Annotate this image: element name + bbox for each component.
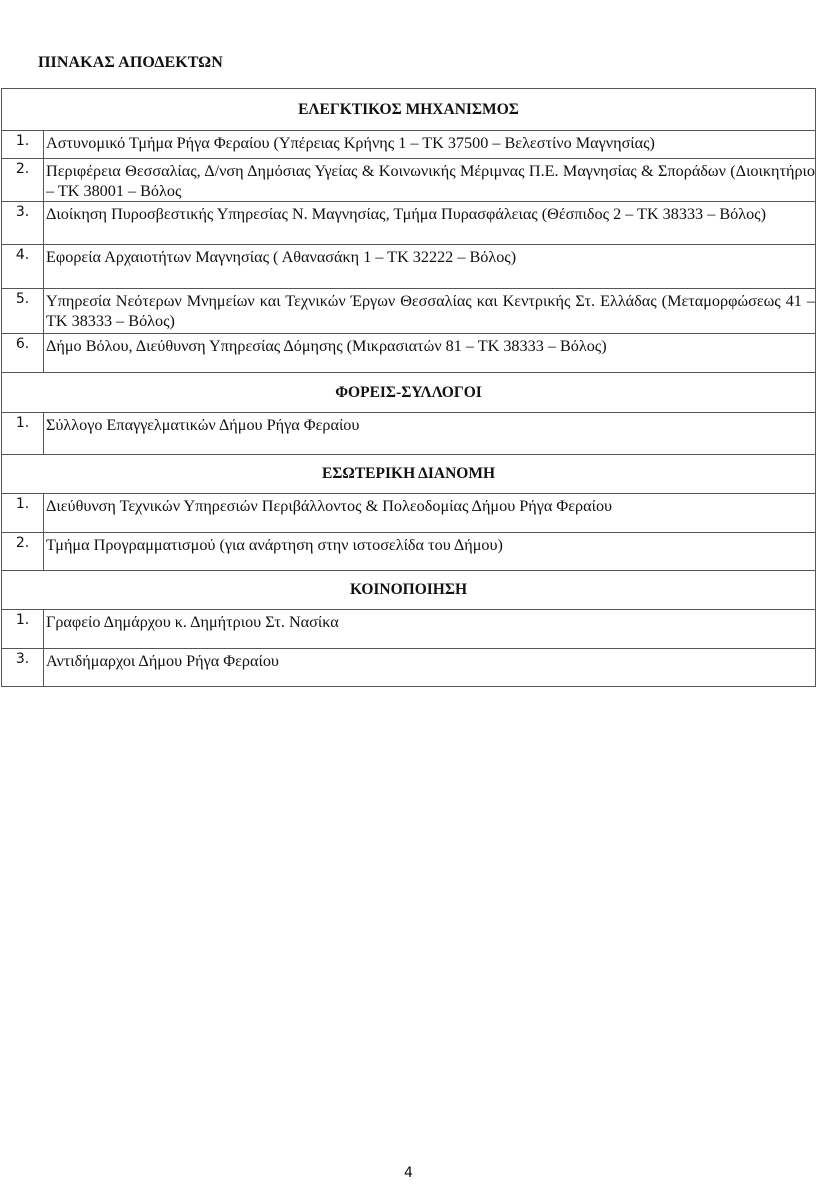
row-number: 1. (2, 413, 44, 455)
row-number: 2. (2, 533, 44, 571)
recipients-table: ΕΛΕΓΚΤΙΚΟΣ ΜΗΧΑΝΙΣΜΟΣ 1. Αστυνομικό Τμήμ… (1, 88, 816, 687)
table-row: 1. Σύλλογο Επαγγελματικών Δήμου Ρήγα Φερ… (2, 413, 816, 455)
table-row: 6. Δήμο Βόλου, Διεύθυνση Υπηρεσίας Δόμησ… (2, 334, 816, 373)
recipient-text: Υπηρεσία Νεότερων Μνημείων και Τεχνικών … (44, 289, 816, 334)
table-row: 2. Τμήμα Προγραμματισμού (για ανάρτηση σ… (2, 533, 816, 571)
recipient-text: Διοίκηση Πυροσβεστικής Υπηρεσίας Ν. Μαγν… (44, 202, 816, 245)
row-number: 3. (2, 202, 44, 245)
row-number: 4. (2, 245, 44, 289)
section-header-row: ΚΟΙΝΟΠΟΙΗΣΗ (2, 571, 816, 610)
recipient-text: Περιφέρεια Θεσσαλίας, Δ/νση Δημόσιας Υγε… (44, 159, 816, 202)
row-number: 2. (2, 159, 44, 202)
section-heading: ΦΟΡΕΙΣ-ΣΥΛΛΟΓΟΙ (2, 373, 816, 413)
row-number: 3. (2, 649, 44, 687)
table-row: 4. Εφορεία Αρχαιοτήτων Μαγνησίας ( Αθανα… (2, 245, 816, 289)
recipient-text: Εφορεία Αρχαιοτήτων Μαγνησίας ( Αθανασάκ… (44, 245, 816, 289)
table-row: 1. Αστυνομικό Τμήμα Ρήγα Φεραίου (Υπέρει… (2, 131, 816, 159)
section-header-row: ΕΣΩΤΕΡΙΚΗ ΔΙΑΝΟΜΗ (2, 455, 816, 494)
row-number: 1. (2, 494, 44, 533)
section-heading: ΚΟΙΝΟΠΟΙΗΣΗ (2, 571, 816, 610)
section-heading: ΕΛΕΓΚΤΙΚΟΣ ΜΗΧΑΝΙΣΜΟΣ (2, 89, 816, 131)
row-number: 6. (2, 334, 44, 373)
table-row: 2. Περιφέρεια Θεσσαλίας, Δ/νση Δημόσιας … (2, 159, 816, 202)
row-number: 1. (2, 610, 44, 649)
row-number: 1. (2, 131, 44, 159)
recipient-text: Σύλλογο Επαγγελματικών Δήμου Ρήγα Φεραίο… (44, 413, 816, 455)
table-row: 1. Γραφείο Δημάρχου κ. Δημήτριου Στ. Νασ… (2, 610, 816, 649)
row-number: 5. (2, 289, 44, 334)
table-row: 3. Αντιδήμαρχοι Δήμου Ρήγα Φεραίου (2, 649, 816, 687)
table-row: 1. Διεύθυνση Τεχνικών Υπηρεσιών Περιβάλλ… (2, 494, 816, 533)
recipient-text: Αστυνομικό Τμήμα Ρήγα Φεραίου (Υπέρειας … (44, 131, 816, 159)
page-number: 4 (0, 1165, 817, 1181)
section-header-row: ΦΟΡΕΙΣ-ΣΥΛΛΟΓΟΙ (2, 373, 816, 413)
recipient-text: Αντιδήμαρχοι Δήμου Ρήγα Φεραίου (44, 649, 816, 687)
recipient-text: Τμήμα Προγραμματισμού (για ανάρτηση στην… (44, 533, 816, 571)
recipient-text: Γραφείο Δημάρχου κ. Δημήτριου Στ. Νασίκα (44, 610, 816, 649)
section-heading: ΕΣΩΤΕΡΙΚΗ ΔΙΑΝΟΜΗ (2, 455, 816, 494)
document-title: ΠΙΝΑΚΑΣ ΑΠΟΔΕΚΤΩΝ (38, 54, 223, 72)
recipient-text: Δήμο Βόλου, Διεύθυνση Υπηρεσίας Δόμησης … (44, 334, 816, 373)
table-row: 3. Διοίκηση Πυροσβεστικής Υπηρεσίας Ν. Μ… (2, 202, 816, 245)
section-header-row: ΕΛΕΓΚΤΙΚΟΣ ΜΗΧΑΝΙΣΜΟΣ (2, 89, 816, 131)
table-row: 5. Υπηρεσία Νεότερων Μνημείων και Τεχνικ… (2, 289, 816, 334)
recipient-text: Διεύθυνση Τεχνικών Υπηρεσιών Περιβάλλοντ… (44, 494, 816, 533)
